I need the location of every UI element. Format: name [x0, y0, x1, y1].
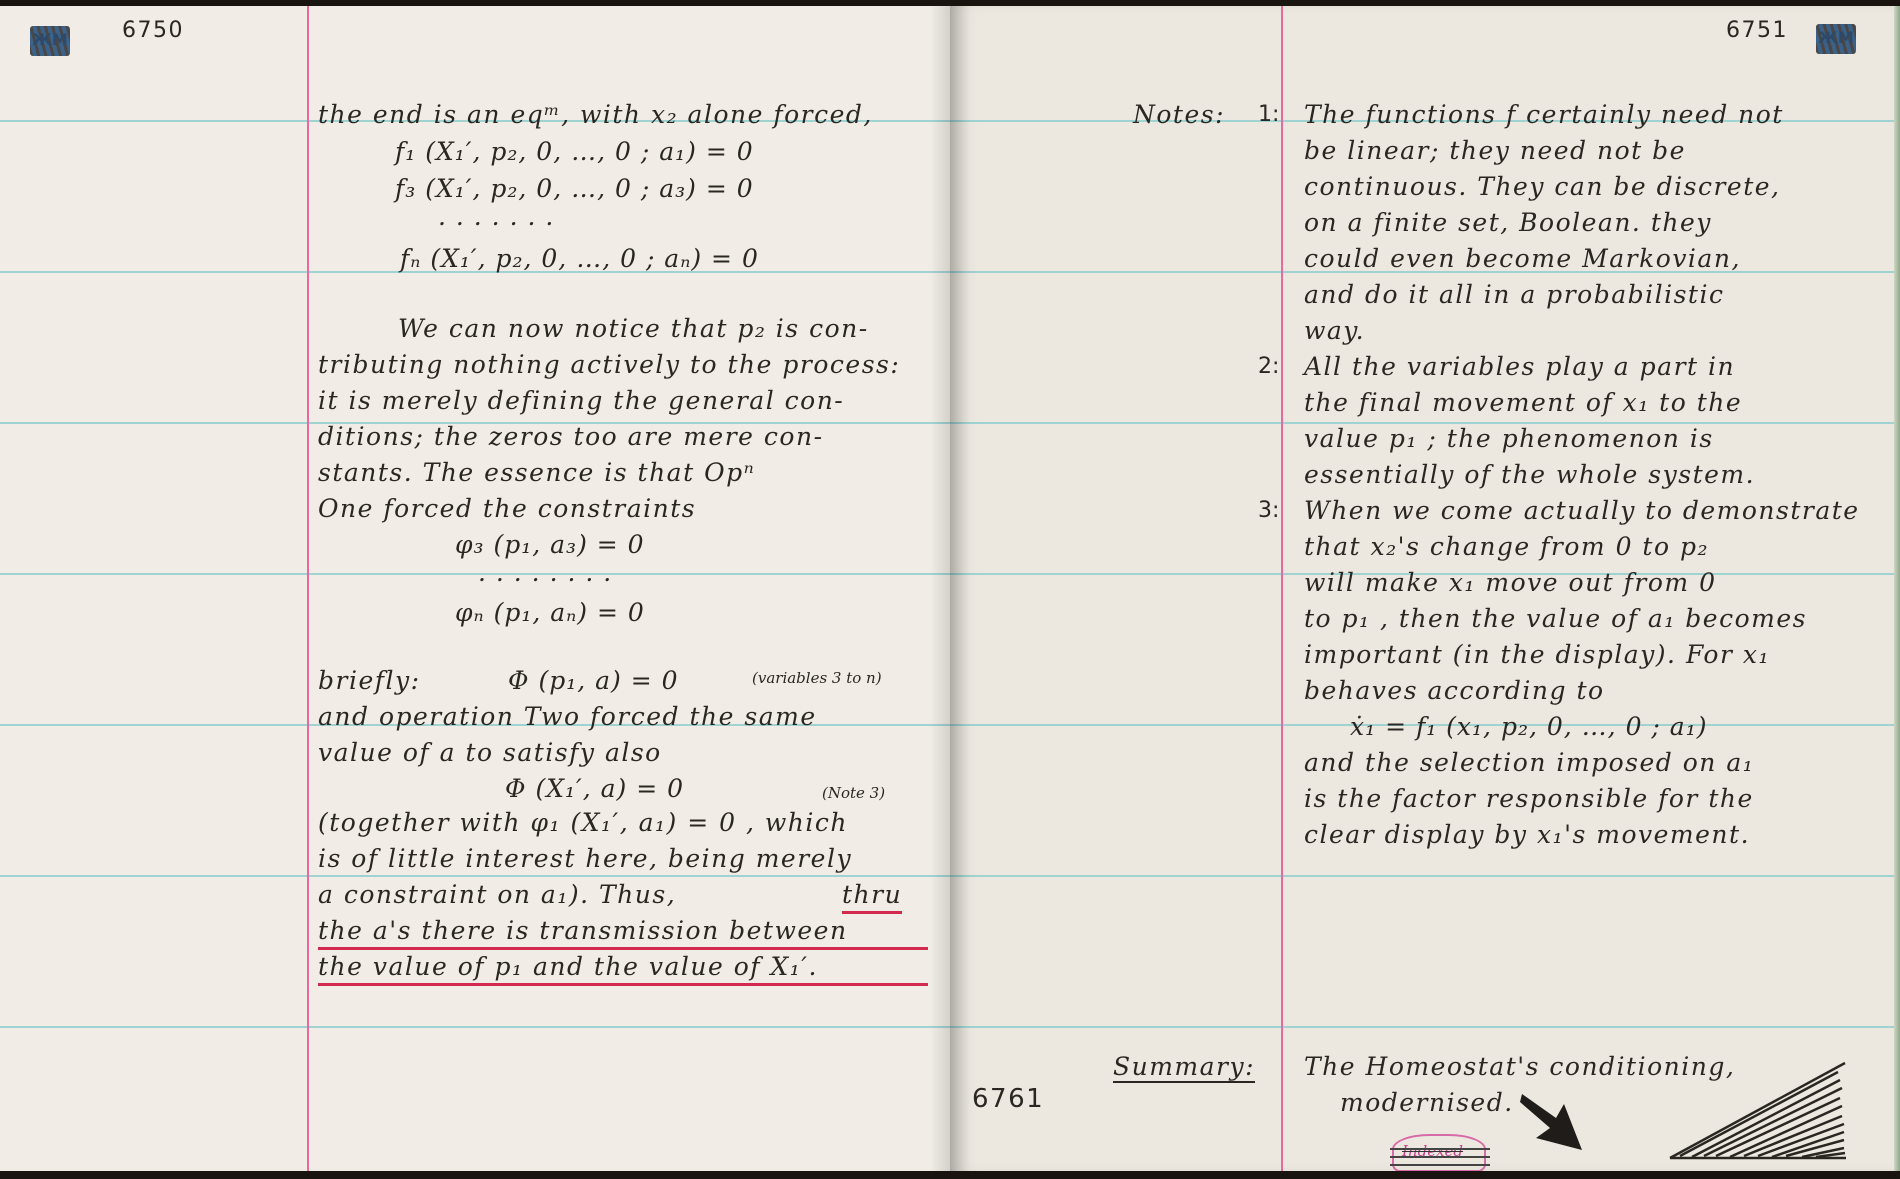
- note-1-line: be linear; they need not be: [1304, 136, 1686, 165]
- hatched-triangle-icon: [1660, 1058, 1850, 1168]
- variables-note: (variables 3 to n): [752, 669, 882, 687]
- ellipsis-dots: . . . . . . . .: [478, 558, 612, 587]
- indexed-stamp: Indexed: [1392, 1134, 1486, 1171]
- note-1-line: on a finite set, Boolean. they: [1304, 208, 1712, 237]
- arrow-down-right-icon: [1520, 1088, 1590, 1158]
- text-line: is of little interest here, being merely: [318, 844, 852, 873]
- text-line: and operation Two forced the same: [318, 702, 817, 731]
- note-1-line: The functions f certainly need not: [1304, 100, 1784, 129]
- summary-line: modernised.: [1340, 1088, 1514, 1117]
- note-3-line: that x₂'s change from 0 to p₂: [1304, 532, 1709, 561]
- note-3-line: behaves according to: [1304, 676, 1605, 705]
- note-3-line: to p₁ , then the value of a₁ becomes: [1304, 604, 1807, 633]
- stamp-label: ЖМ: [30, 30, 70, 49]
- page-edge: [1894, 6, 1900, 1171]
- scribble-line: [1390, 1164, 1490, 1166]
- equation-f3: f₃ (X₁′, p₂, 0, …, 0 ; a₃) = 0: [395, 174, 754, 203]
- note-number: 3:: [1258, 498, 1279, 523]
- text-line: (together with φ₁ (X₁′, a₁) = 0 , which: [318, 808, 848, 837]
- left-page-number: 6750: [122, 18, 184, 43]
- note-1-line: continuous. They can be discrete,: [1304, 172, 1780, 201]
- note-3-line: is the factor responsible for the: [1304, 784, 1754, 813]
- scribble-line: [1390, 1156, 1490, 1158]
- note-number: 1:: [1258, 102, 1279, 127]
- note-2-line: All the variables play a part in: [1304, 352, 1735, 381]
- note-number: 2:: [1258, 354, 1279, 379]
- equation-x1-dot: ẋ₁ = f₁ (x₁, p₂, 0, …, 0 ; a₁): [1350, 712, 1707, 741]
- highlighted-line: the value of p₁ and the value of X₁′.: [318, 952, 928, 986]
- note-1-line: and do it all in a probabilistic: [1304, 280, 1724, 309]
- note-2-line: essentially of the whole system.: [1304, 460, 1755, 489]
- highlighted-line: the a's there is transmission between: [318, 916, 928, 950]
- briefly-label: briefly:: [318, 666, 421, 695]
- text-line: tributing nothing actively to the proces…: [318, 350, 900, 379]
- text-line: One forced the constraints: [318, 494, 696, 523]
- equation-phi3: φ₃ (p₁, a₃) = 0: [455, 530, 645, 559]
- note-3-line: When we come actually to demonstrate: [1304, 496, 1860, 525]
- text-line: a constraint on a₁). Thus,: [318, 880, 676, 909]
- left-page: ЖМ 6750 the end is an eqᵐ, with x₂ alone…: [0, 6, 950, 1171]
- equation-Phi-X1: Φ (X₁′, a) = 0: [505, 774, 684, 803]
- right-page-number: 6751: [1726, 18, 1788, 43]
- left-page-margin-line: [307, 6, 309, 1171]
- text-line: the end is an eqᵐ, with x₂ alone forced,: [318, 100, 873, 129]
- note-2-line: value p₁ ; the phenomenon is: [1304, 424, 1714, 453]
- text-line: ditions; the zeros too are mere con-: [318, 422, 824, 451]
- gutter-cross-reference: 6761: [972, 1084, 1044, 1114]
- scribble-line: [1390, 1148, 1490, 1150]
- equation-f1: f₁ (X₁′, p₂, 0, …, 0 ; a₁) = 0: [395, 137, 754, 166]
- ellipsis-dots: . . . . . . .: [438, 202, 554, 231]
- text-line: We can now notice that p₂ is con-: [398, 314, 869, 343]
- summary-label: Summary:: [1113, 1052, 1255, 1083]
- notebook-spread: ЖМ 6750 the end is an eqᵐ, with x₂ alone…: [0, 6, 1900, 1171]
- text-line: value of a to satisfy also: [318, 738, 662, 767]
- note-1-line: way.: [1304, 316, 1365, 345]
- equation-Phi-p1: Φ (p₁, a) = 0: [508, 666, 679, 695]
- right-page: 6751 ЖМ Notes: 1: The functions f certai…: [950, 6, 1900, 1171]
- left-page-stamp-icon: ЖМ: [30, 26, 70, 56]
- equation-phin: φₙ (p₁, aₙ) = 0: [455, 598, 645, 627]
- text-line: it is merely defining the general con-: [318, 386, 844, 415]
- right-page-margin-line: [1281, 6, 1283, 1171]
- stamp-label: ЖМ: [1816, 28, 1856, 47]
- note-3-line: important (in the display). For x₁: [1304, 640, 1770, 669]
- right-page-stamp-icon: ЖМ: [1816, 24, 1856, 54]
- note-3-line: clear display by x₁'s movement.: [1304, 820, 1750, 849]
- notes-label: Notes:: [1133, 100, 1225, 129]
- thru-underlined: thru: [842, 880, 902, 914]
- equation-fn: fₙ (X₁′, p₂, 0, …, 0 ; aₙ) = 0: [400, 244, 759, 273]
- note-3-line: will make x₁ move out from 0: [1304, 568, 1716, 597]
- text-line: stants. The essence is that Opⁿ: [318, 458, 755, 487]
- note3-reference: (Note 3): [822, 784, 885, 802]
- note-1-line: could even become Markovian,: [1304, 244, 1741, 273]
- note-3-line: and the selection imposed on a₁: [1304, 748, 1754, 777]
- note-2-line: the final movement of x₁ to the: [1304, 388, 1742, 417]
